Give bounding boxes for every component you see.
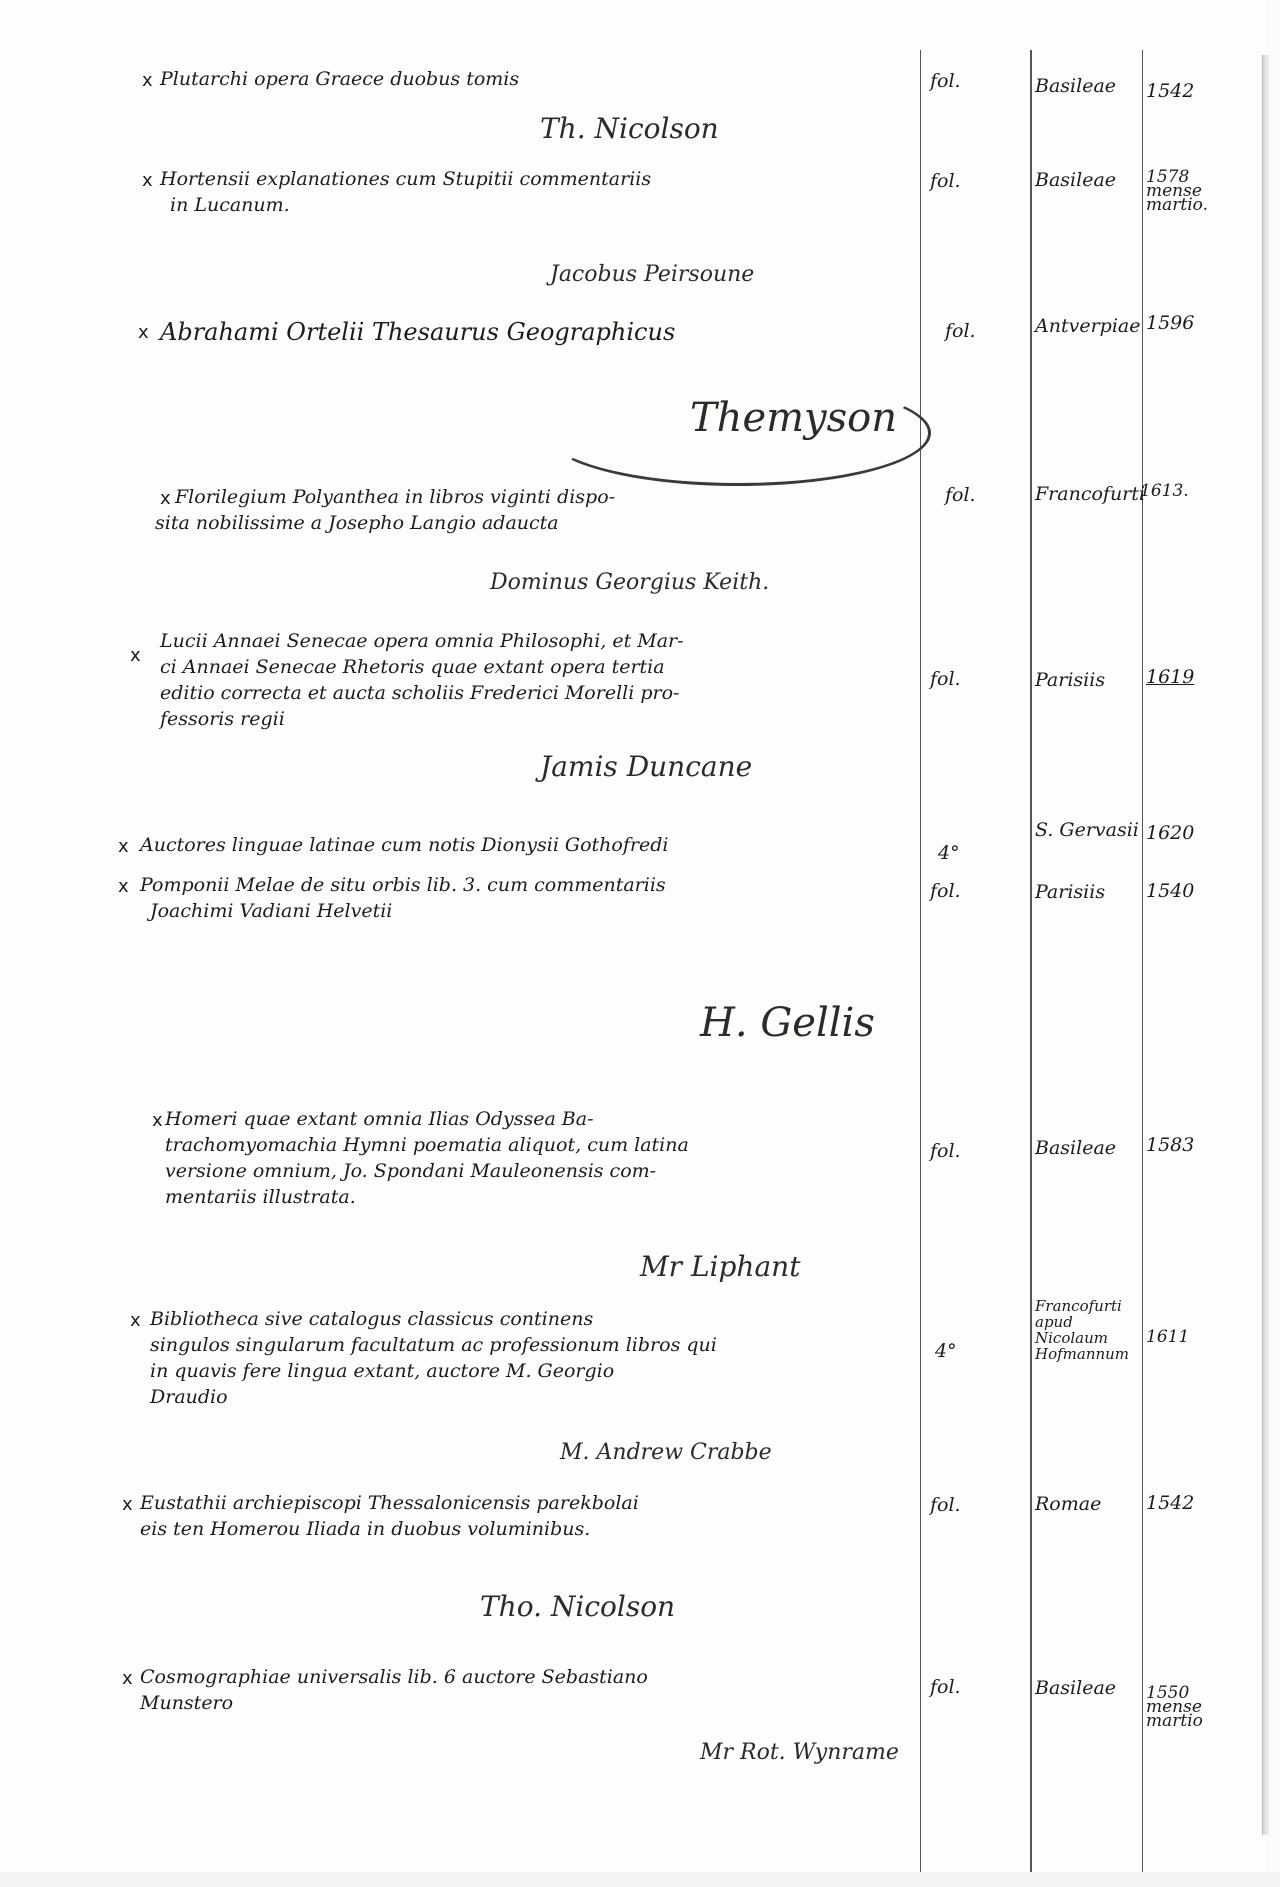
entry-title: Lucii Annaei Senecae opera omnia Philoso… xyxy=(160,628,920,732)
entry-year: 1619 xyxy=(1146,670,1246,684)
signature: Jamis Duncane xyxy=(540,750,752,783)
entry-year: 1596 xyxy=(1146,316,1246,330)
entry-mark: x xyxy=(122,1668,133,1689)
entry-place: Parisiis xyxy=(1035,672,1140,688)
signature: Tho. Nicolson xyxy=(480,1590,675,1623)
entry-place: S. Gervasii xyxy=(1035,822,1140,838)
entry-year: 1542 xyxy=(1146,1496,1246,1510)
entry-place: Basileae xyxy=(1035,1140,1140,1156)
entry-year: 1611 xyxy=(1146,1330,1246,1344)
entry-title: Abrahami Ortelii Thesaurus Geographicus xyxy=(160,316,920,348)
entry-mark: x xyxy=(142,170,153,191)
entry-mark: x xyxy=(142,70,153,91)
signature: Dominus Georgius Keith. xyxy=(490,570,769,595)
column-rule-place xyxy=(1030,50,1032,1887)
entry-year: 1542 xyxy=(1146,84,1246,98)
page-edge xyxy=(1262,55,1269,1835)
signature: Mr Rot. Wynrame xyxy=(700,1740,899,1765)
entry-year: 1540 xyxy=(1146,884,1246,898)
manuscript-page: x Plutarchi opera Graece duobus tomis fo… xyxy=(0,0,1265,1887)
entry-title: Homeri quae extant omnia Ilias Odyssea B… xyxy=(165,1106,925,1210)
entry-mark: x xyxy=(160,488,171,509)
entry-format: fol. xyxy=(930,170,961,192)
entry-title: Florilegium Polyanthea in libros viginti… xyxy=(175,484,935,536)
entry-format: fol. xyxy=(930,70,961,92)
entry-mark: x xyxy=(130,1310,141,1331)
entry-format: fol. xyxy=(930,880,961,902)
entry-format: fol. xyxy=(930,1140,961,1162)
entry-format: 4° xyxy=(935,1340,957,1362)
entry-title: Bibliotheca sive catalogus classicus con… xyxy=(150,1306,910,1410)
signature: H. Gellis xyxy=(700,1000,875,1046)
entry-year: 1620 xyxy=(1146,826,1246,840)
entry-title: Eustathii archiepiscopi Thessalonicensis… xyxy=(140,1490,900,1542)
page-bottom-edge xyxy=(0,1872,1280,1887)
entry-format: fol. xyxy=(945,484,976,506)
entry-title: Cosmographiae universalis lib. 6 auctore… xyxy=(140,1664,900,1716)
entry-place: Basileae xyxy=(1035,1680,1140,1696)
entry-year: 1583 xyxy=(1146,1138,1246,1152)
entry-place: Antverpiae xyxy=(1035,318,1140,334)
entry-place: Francofurti apud Nicolaum Hofmannum xyxy=(1035,1298,1140,1362)
entry-year: 1550 mense martio xyxy=(1146,1686,1246,1728)
signature: Th. Nicolson xyxy=(540,112,719,145)
column-rule-year xyxy=(1142,50,1143,1887)
entry-mark: x xyxy=(138,322,149,343)
entry-mark: x xyxy=(152,1110,163,1131)
entry-year: 1578 mense martio. xyxy=(1146,170,1246,212)
signature: Mr Liphant xyxy=(640,1250,800,1283)
entry-title: Hortensii explanationes cum Stupitii com… xyxy=(160,166,920,218)
entry-mark: x xyxy=(122,1494,133,1515)
entry-format: fol. xyxy=(930,1494,961,1516)
entry-mark: x xyxy=(118,876,129,897)
column-rule-format xyxy=(920,50,921,1887)
entry-format: fol. xyxy=(930,1676,961,1698)
entry-title: Auctores linguae latinae cum notis Diony… xyxy=(140,832,900,858)
entry-place: Parisiis xyxy=(1035,884,1140,900)
entry-place: Romae xyxy=(1035,1496,1140,1512)
entry-mark: x xyxy=(118,836,129,857)
entry-format: fol. xyxy=(930,668,961,690)
entry-place: Francofurti xyxy=(1035,486,1140,502)
entry-year: 1613. xyxy=(1140,484,1240,498)
signature: Themyson xyxy=(690,395,897,441)
entry-mark: x xyxy=(130,645,141,666)
entry-place: Basileae xyxy=(1035,172,1140,188)
entry-place: Basileae xyxy=(1035,78,1140,94)
signature: Jacobus Peirsoune xyxy=(550,262,754,287)
entry-title: Pomponii Melae de situ orbis lib. 3. cum… xyxy=(140,872,900,924)
entry-format: 4° xyxy=(938,842,960,864)
entry-title: Plutarchi opera Graece duobus tomis xyxy=(160,66,920,92)
entry-format: fol. xyxy=(945,320,976,342)
signature: M. Andrew Crabbe xyxy=(560,1440,772,1465)
